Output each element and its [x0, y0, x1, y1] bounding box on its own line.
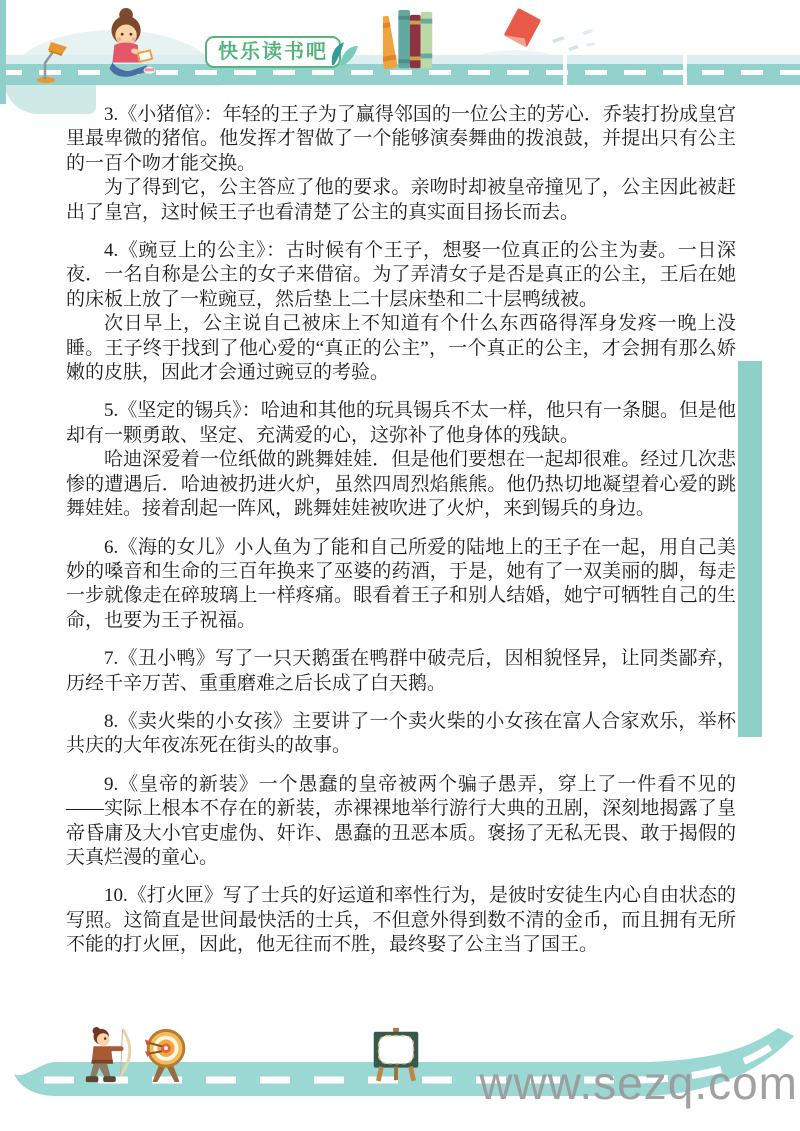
books-icon [383, 10, 435, 70]
left-edge-strip [0, 0, 6, 104]
story-paragraph: 3.《小猪倌》：年轻的王子为了赢得邻国的一位公主的芳心．乔装打扮成皇宫里最卑微的… [66, 103, 736, 176]
story-paragraph: 8.《卖火柴的小女孩》主要讲了一个卖火柴的小女孩在富人合家欢乐，举杯共庆的大年夜… [66, 710, 736, 759]
story-item-7: 7.《丑小鸭》写了一只天鹅蛋在鸭群中破壳后，因相貌怪异，让同类鄙弃，历经千辛万苦… [66, 647, 736, 696]
story-list: 3.《小猪倌》：年轻的王子为了赢得邻国的一位公主的芳心．乔装打扮成皇宫里最卑微的… [66, 103, 736, 972]
road-gap [683, 54, 687, 86]
right-bookmark-tab [738, 361, 762, 737]
reading-child-illustration [92, 6, 164, 80]
archery-target-icon [138, 1027, 194, 1083]
reading-banner-badge: 快乐读书吧 [205, 36, 341, 68]
archer-illustration [80, 1025, 138, 1085]
story-item-3: 3.《小猪倌》：年轻的王子为了赢得邻国的一位公主的芳心．乔装打扮成皇宫里最卑微的… [66, 103, 736, 225]
story-paragraph: 5.《坚定的锡兵》：哈迪和其他的玩具锡兵不太一样，他只有一条腿。但是他却有一颗勇… [66, 399, 736, 448]
leaves-icon [326, 38, 362, 68]
desk-lamp-icon [34, 34, 74, 84]
easel-blackboard-icon [366, 1027, 426, 1083]
story-paragraph: 4.《豌豆上的公主》：古时候有个王子，想娶一位真正的公主为妻。一日深夜．一名自称… [66, 239, 736, 312]
worksheet-page: 快乐读书吧 [0, 0, 800, 1131]
story-item-9: 9.《皇帝的新装》一个愚蠢的皇帝被两个骗子愚弄，穿上了一件看不见的——实际上根本… [66, 773, 736, 871]
story-paragraph: 10.《打火匣》写了士兵的好运道和率性行为，是彼时安徒生内心自由状态的写照。这简… [66, 884, 736, 957]
story-paragraph: 哈迪深爱着一位纸做的跳舞娃娃．但是他们要想在一起却很难。经过几次悲惨的遭遇后．哈… [66, 448, 736, 521]
road-gap [563, 54, 567, 86]
story-paragraph: 6.《海的女儿》小人鱼为了能和自己所爱的陆地上的王子在一起，用自己美妙的嗓音和生… [66, 536, 736, 634]
story-paragraph: 为了得到它，公主答应了他的要求。亲吻时却被皇帝撞见了，公主因此被赶出了皇宫，这时… [66, 176, 736, 225]
story-paragraph: 7.《丑小鸭》写了一只天鹅蛋在鸭群中破壳后，因相貌怪异，让同类鄙弃，历经千辛万苦… [66, 647, 736, 696]
story-item-10: 10.《打火匣》写了士兵的好运道和率性行为，是彼时安徒生内心自由状态的写照。这简… [66, 884, 736, 957]
badge-label: 快乐读书吧 [218, 41, 328, 63]
story-item-5: 5.《坚定的锡兵》：哈迪和其他的玩具锡兵不太一样，他只有一条腿。但是他却有一颗勇… [66, 399, 736, 521]
story-item-8: 8.《卖火柴的小女孩》主要讲了一个卖火柴的小女孩在富人合家欢乐，举杯共庆的大年夜… [66, 710, 736, 759]
story-paragraph: 9.《皇帝的新装》一个愚蠢的皇帝被两个骗子愚弄，穿上了一件看不见的——实际上根本… [66, 773, 736, 871]
story-paragraph: 次日早上，公主说自己被床上不知道有个什么东西硌得浑身发疼一晚上没睡。王子终于找到… [66, 312, 736, 385]
story-item-4: 4.《豌豆上的公主》：古时候有个王子，想娶一位真正的公主为妻。一日深夜．一名自称… [66, 239, 736, 385]
paper-bits-icon [548, 22, 598, 58]
watermark: www.sezq.com [479, 1056, 798, 1110]
story-item-6: 6.《海的女儿》小人鱼为了能和自己所爱的陆地上的王子在一起，用自己美妙的嗓音和生… [66, 536, 736, 634]
flying-book-icon [500, 4, 548, 54]
